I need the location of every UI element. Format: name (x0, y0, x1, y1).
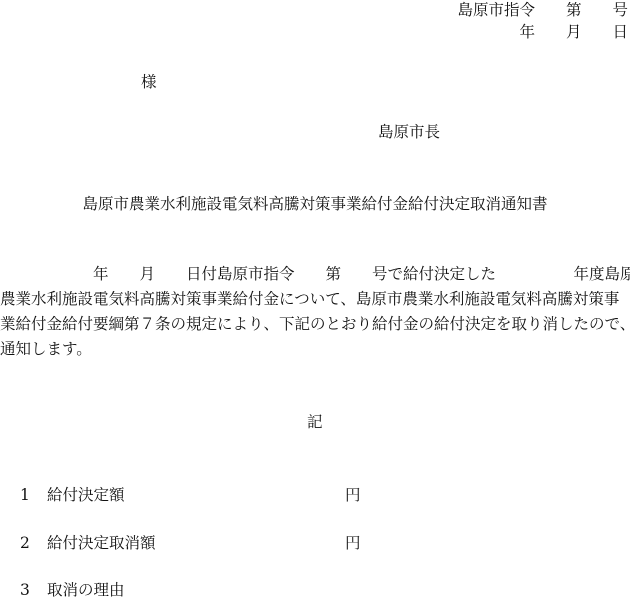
addressee-suffix: 様 (141, 72, 157, 92)
body-line-4: 通知します。 (0, 337, 630, 362)
item-number: 3 (20, 580, 30, 599)
body-line-2: 農業水利施設電気料高騰対策事業給付金について、島原市農業水利施設電気料高騰対策事 (0, 287, 630, 312)
sender-name: 島原市長 (378, 122, 440, 142)
document-title: 島原市農業水利施設電気料高騰対策事業給付金給付決定取消通知書 (0, 194, 630, 214)
item-unit: 円 (345, 533, 361, 553)
item-label: 取消の理由 (47, 580, 125, 599)
item-unit: 円 (345, 485, 361, 505)
date-line: 年 月 日 (519, 22, 628, 42)
item-number: 2 (20, 533, 30, 553)
body-line-3: 業給付金給付要綱第７条の規定により、下記のとおり給付金の給付決定を取り消したので… (0, 312, 630, 337)
item-label: 給付決定取消額 (47, 533, 156, 553)
item-number: 1 (20, 485, 30, 505)
body-paragraph: 年 月 日付島原市指令 第 号で給付決定した 年度島原市 農業水利施設電気料高騰… (0, 262, 630, 362)
document-number-line: 島原市指令 第 号 (457, 0, 628, 20)
item-label: 給付決定額 (47, 485, 125, 505)
body-line-1: 年 月 日付島原市指令 第 号で給付決定した 年度島原市 (0, 262, 630, 287)
ki-heading: 記 (307, 412, 323, 432)
